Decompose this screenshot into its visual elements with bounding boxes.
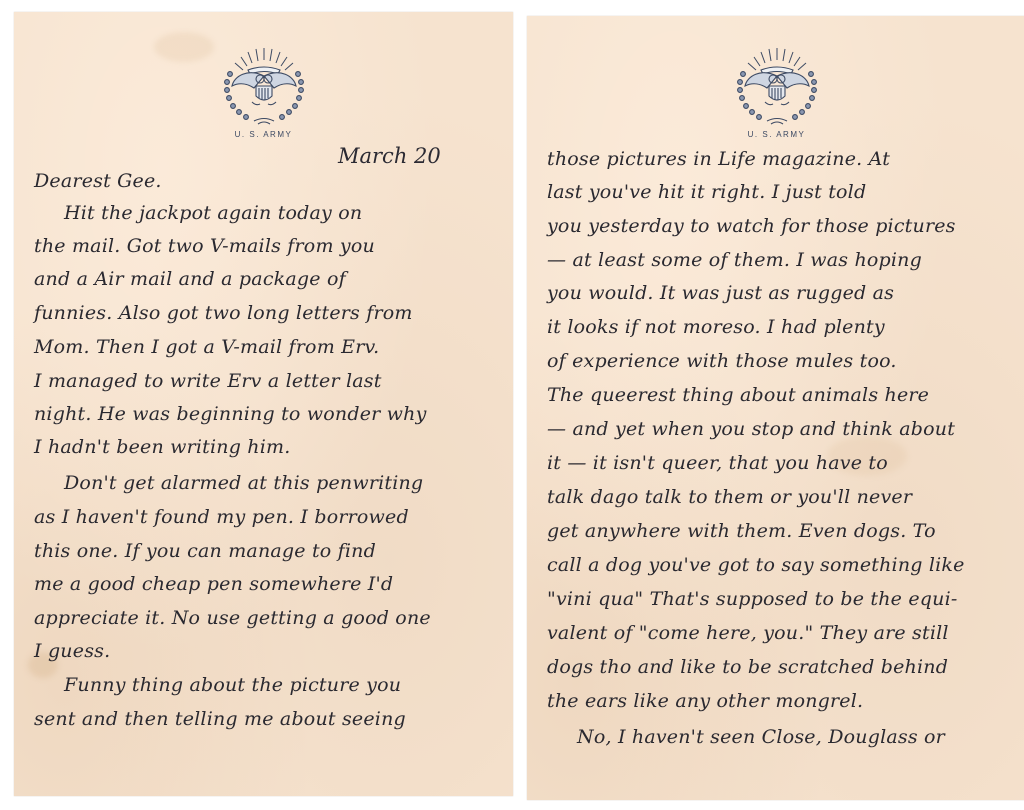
text-line: dogs tho and like to be scratched behind <box>547 656 948 678</box>
text-line: Don't get alarmed at this penwriting <box>64 472 423 494</box>
text-line: as I haven't found my pen. I borrowed <box>34 506 409 528</box>
text-line: Mom. Then I got a V-mail from Erv. <box>34 336 379 358</box>
letterhead-caption: U. S. ARMY <box>722 130 832 139</box>
paper-stain <box>154 32 214 62</box>
us-army-eagle-seal-icon <box>209 46 319 128</box>
text-line: it looks if not moreso. I had plenty <box>547 316 885 338</box>
text-line: it — it isn't queer, that you have to <box>547 452 888 474</box>
text-line: I hadn't been writing him. <box>34 436 290 458</box>
text-line: No, I haven't seen Close, Douglass or <box>577 726 945 748</box>
letterhead: U. S. ARMY <box>722 46 832 139</box>
text-line: the mail. Got two V-mails from you <box>34 235 375 257</box>
text-line: me a good cheap pen somewhere I'd <box>34 573 393 595</box>
text-line: you yesterday to watch for those picture… <box>547 215 956 237</box>
letter-date: March 20 <box>338 144 441 168</box>
text-line: last you've hit it right. I just told <box>547 181 866 203</box>
text-line: you would. It was just as rugged as <box>547 282 894 304</box>
salutation: Dearest Gee. <box>34 170 162 192</box>
text-line: I managed to write Erv a letter last <box>34 370 382 392</box>
us-army-eagle-seal-icon <box>722 46 832 128</box>
letterhead: U. S. ARMY <box>209 46 319 139</box>
letter-page-1: U. S. ARMY March 20 Dearest Gee. Hit the… <box>14 12 513 796</box>
text-line: talk dago talk to them or you'll never <box>547 486 912 508</box>
text-line: Hit the jackpot again today on <box>64 202 362 224</box>
text-line: night. He was beginning to wonder why <box>34 403 427 425</box>
text-line: appreciate it. No use getting a good one <box>34 607 431 629</box>
text-line: and a Air mail and a package of <box>34 268 346 290</box>
text-line: call a dog you've got to say something l… <box>547 554 965 576</box>
text-line: "vini qua" That's supposed to be the equ… <box>547 588 958 610</box>
text-line: get anywhere with them. Even dogs. To <box>547 520 936 542</box>
text-line: I guess. <box>34 640 110 662</box>
text-line: funnies. Also got two long letters from <box>34 302 413 324</box>
text-line: Funny thing about the picture you <box>64 674 401 696</box>
letter-page-2: U. S. ARMY those pictures in Life magazi… <box>527 16 1024 800</box>
letterhead-caption: U. S. ARMY <box>209 130 319 139</box>
text-line: of experience with those mules too. <box>547 350 897 372</box>
text-line: those pictures in Life magazine. At <box>547 148 890 170</box>
text-line: the ears like any other mongrel. <box>547 690 863 712</box>
text-line: — and yet when you stop and think about <box>547 418 955 440</box>
text-line: sent and then telling me about seeing <box>34 708 406 730</box>
text-line: — at least some of them. I was hoping <box>547 249 922 271</box>
text-line: valent of "come here, you." They are sti… <box>547 622 949 644</box>
text-line: The queerest thing about animals here <box>547 384 929 406</box>
text-line: this one. If you can manage to find <box>34 540 376 562</box>
